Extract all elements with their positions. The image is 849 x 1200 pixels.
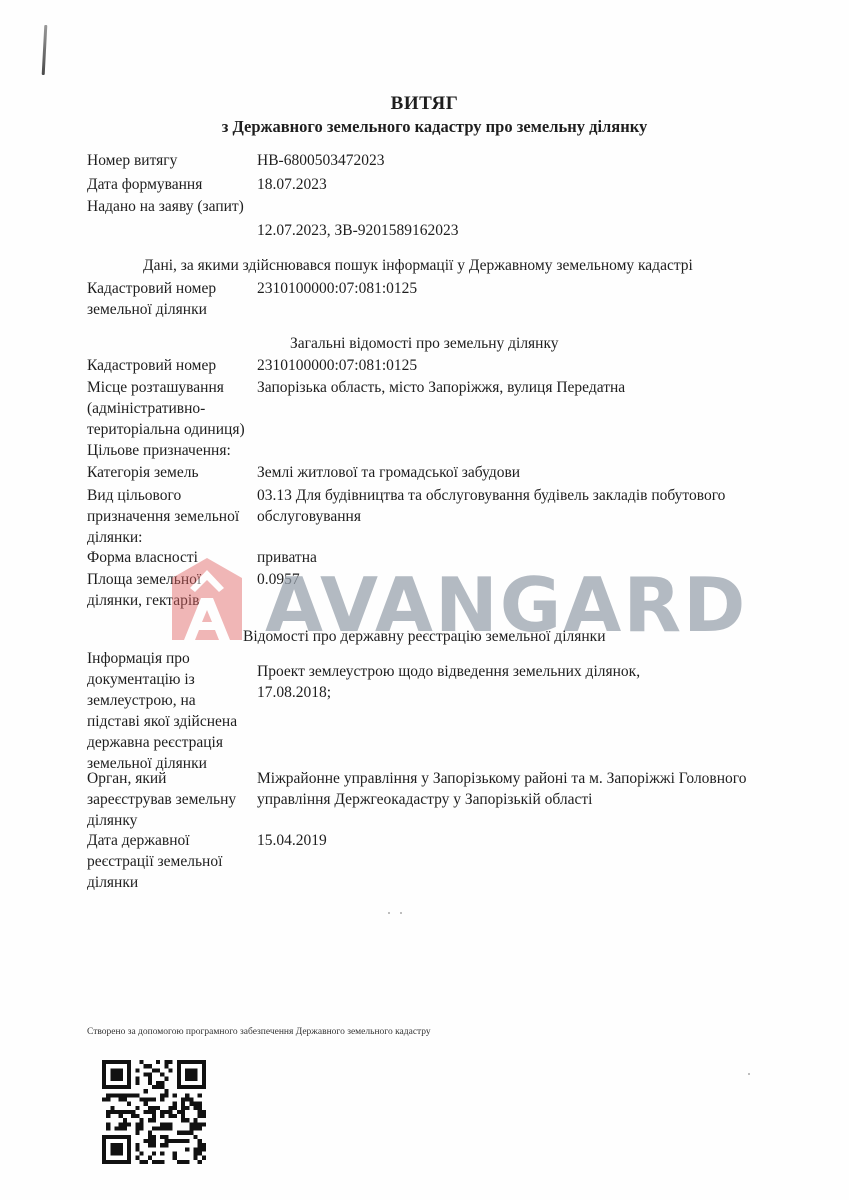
registration-section-heading: Відомості про державну реєстрацію земель… bbox=[243, 626, 606, 647]
field-label: Дата державної реєстрації земельної діля… bbox=[87, 830, 257, 893]
field-label: Надано на заяву (запит) bbox=[87, 196, 287, 217]
search-section-heading: Дані, за якими здійснювався пошук інформ… bbox=[143, 255, 693, 276]
general-section-heading: Загальні відомості про земельну ділянку bbox=[290, 333, 559, 354]
field-value: Міжрайонне управління у Запорізькому рай… bbox=[257, 768, 787, 810]
field-value: Проект землеустрою щодо відведення земел… bbox=[257, 661, 697, 703]
field-label: Кадастровий номер земельної ділянки bbox=[87, 278, 257, 320]
qr-code-icon bbox=[101, 1060, 207, 1164]
document-subtitle: з Державного земельного кадастру про зем… bbox=[10, 117, 849, 137]
scan-speck bbox=[400, 912, 402, 914]
field-value: 12.07.2023, ЗВ-9201589162023 bbox=[257, 220, 459, 241]
field-label: Цільове призначення: bbox=[87, 440, 257, 461]
document-page: ВИТЯГ з Державного земельного кадастру п… bbox=[0, 0, 849, 1200]
field-label: Орган, який зареєстрував земельну ділянк… bbox=[87, 768, 257, 831]
field-label: Кадастровий номер bbox=[87, 355, 257, 376]
footer-note: Створено за допомогою програмного забезп… bbox=[87, 1027, 431, 1037]
field-label: Інформація про документацію із землеустр… bbox=[87, 648, 257, 774]
field-label: Місце розташування (адміністративно- тер… bbox=[87, 377, 257, 440]
watermark-logo-icon bbox=[172, 558, 242, 640]
field-label: Номер витягу bbox=[87, 150, 257, 171]
field-value: НВ-6800503472023 bbox=[257, 150, 384, 171]
scan-speck bbox=[388, 912, 390, 914]
scan-speck bbox=[748, 1073, 750, 1075]
field-value: 03.13 Для будівництва та обслуговування … bbox=[257, 485, 787, 527]
field-value: Землі житлової та громадської забудови bbox=[257, 462, 520, 483]
field-value: 18.07.2023 bbox=[257, 174, 327, 195]
field-label: Категорія земель bbox=[87, 462, 257, 483]
field-value: Запорізька область, місто Запоріжжя, вул… bbox=[257, 377, 625, 398]
field-label: Дата формування bbox=[87, 174, 257, 195]
document-title: ВИТЯГ bbox=[0, 93, 849, 115]
field-value: 2310100000:07:081:0125 bbox=[257, 355, 417, 376]
field-value: 15.04.2019 bbox=[257, 830, 327, 851]
field-label: Вид цільового призначення земельної діля… bbox=[87, 485, 257, 548]
field-value: 2310100000:07:081:0125 bbox=[257, 278, 417, 299]
pen-mark bbox=[42, 25, 48, 75]
